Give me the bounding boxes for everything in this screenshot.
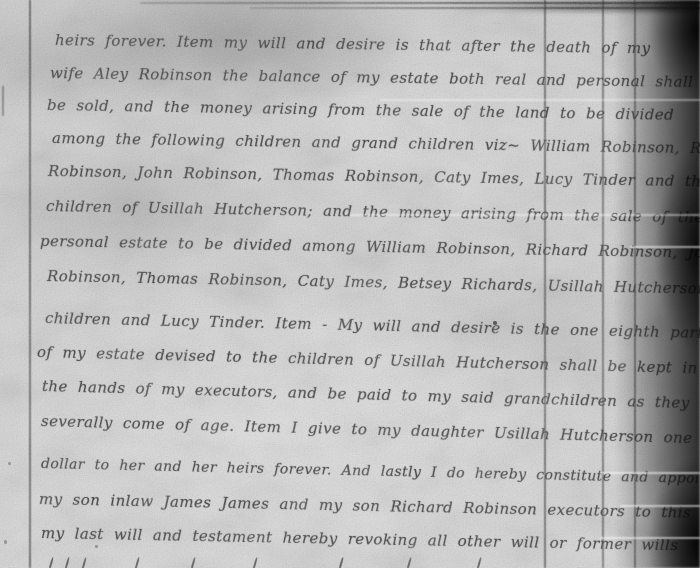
scan-shadow-right-edge [614, 0, 700, 568]
scratch-mark [600, 472, 700, 474]
photocopy-grain-texture [0, 0, 700, 568]
scratch-mark [380, 99, 700, 101]
scanned-document-page: heirs forever. Item my will and desire i… [0, 0, 700, 568]
scratch-mark [350, 214, 700, 216]
scratch-mark [620, 505, 700, 507]
scratch-mark [600, 537, 700, 539]
scratch-mark [630, 246, 700, 248]
